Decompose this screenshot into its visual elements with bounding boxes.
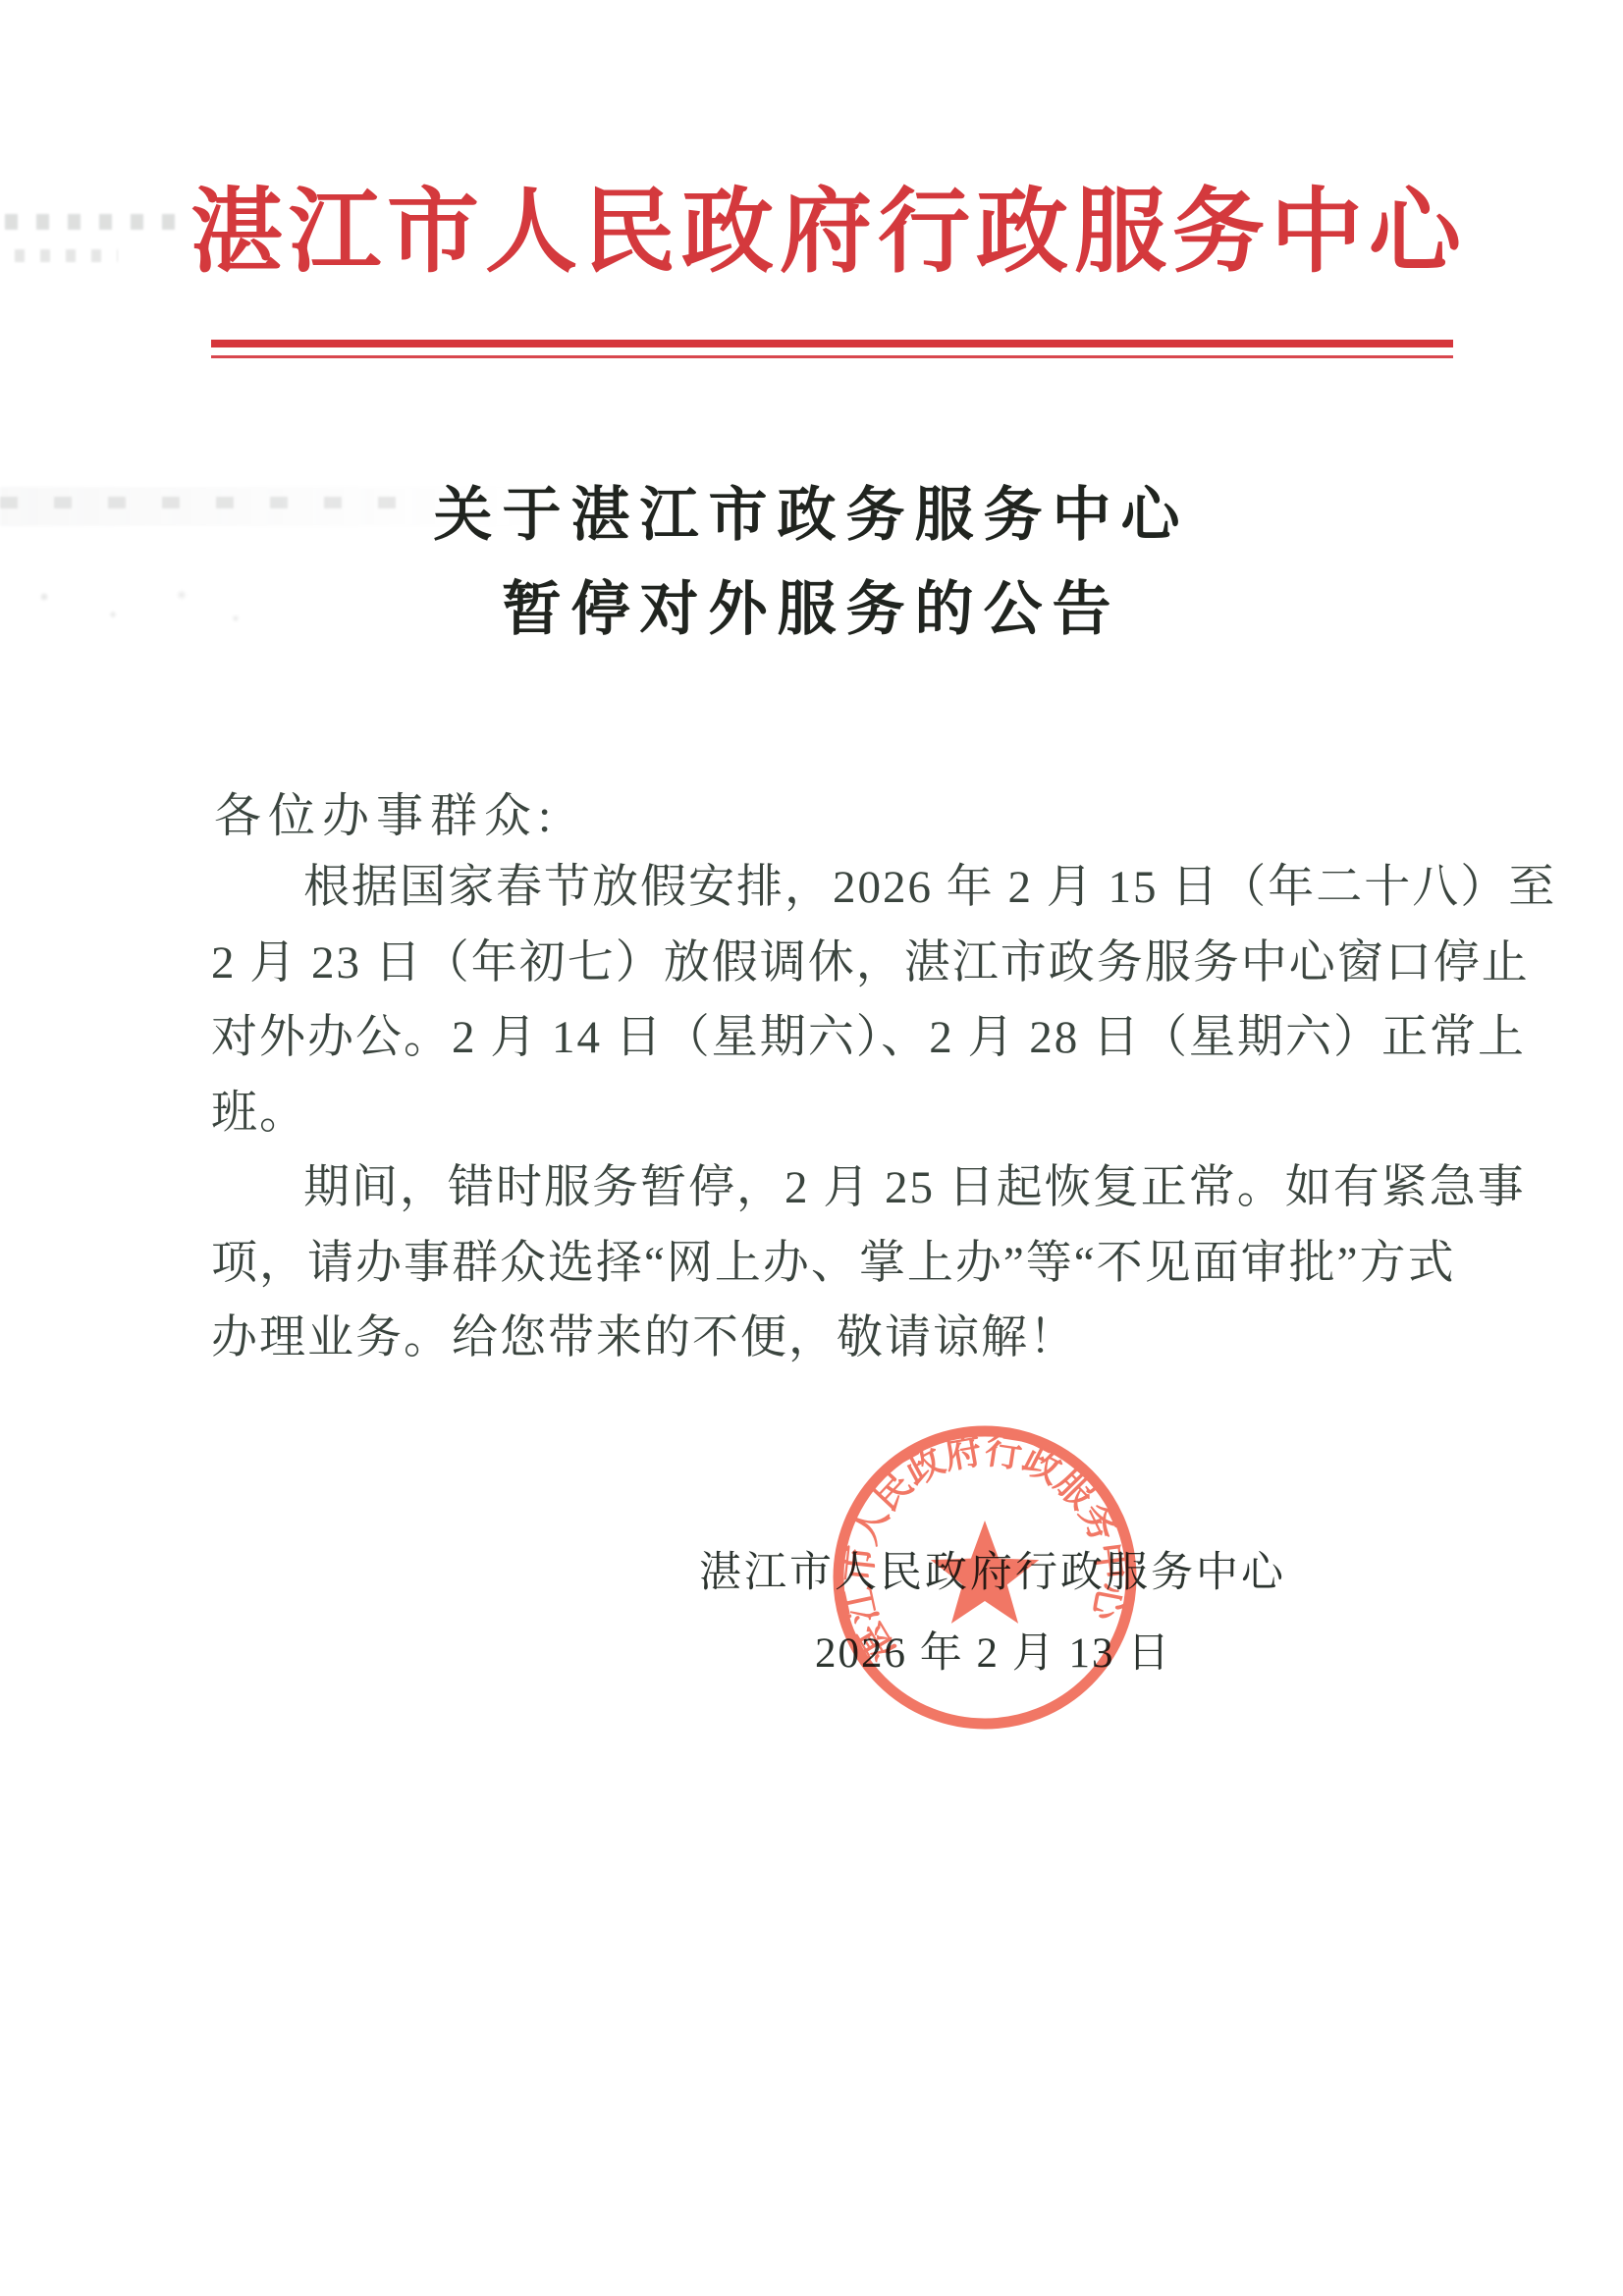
official-seal: 湛江市人民政府行政服务中心	[827, 1419, 1143, 1735]
letterhead-rule-thick	[211, 340, 1453, 347]
scanned-official-notice: 湛江市人民政府行政服务中心 关于湛江市政务服务中心 暂停对外服务的公告 各位办事…	[0, 0, 1623, 2296]
document-title-line1: 关于湛江市政务服务中心	[190, 468, 1433, 562]
body-line: 根据国家春节放假安排，2026 年 2 月 15 日（年二十八）至	[211, 850, 1438, 926]
body-line: 对外办公。2 月 14 日（星期六）、2 月 28 日（星期六）正常上	[211, 1000, 1438, 1076]
document-title-line2: 暂停对外服务的公告	[190, 562, 1433, 657]
body-line: 期间，错时服务暂停，2 月 25 日起恢复正常。如有紧急事	[211, 1150, 1438, 1226]
letterhead-rule-thin	[211, 355, 1453, 358]
body-line: 办理业务。给您带来的不便，敬请谅解！	[211, 1301, 1438, 1376]
scan-smudge	[15, 249, 118, 262]
body-line: 班。	[211, 1076, 1438, 1151]
body-line: 2 月 23 日（年初七）放假调休，湛江市政务服务中心窗口停止	[211, 926, 1438, 1001]
scan-smudge	[5, 214, 187, 230]
body-line: 项，请办事群众选择“网上办、掌上办”等“不见面审批”方式	[211, 1226, 1438, 1302]
body-text: 根据国家春节放假安排，2026 年 2 月 15 日（年二十八）至 2 月 23…	[211, 850, 1438, 1376]
salutation: 各位办事群众:	[214, 777, 558, 845]
seal-star-icon	[931, 1521, 1039, 1624]
document-title: 关于湛江市政务服务中心 暂停对外服务的公告	[190, 468, 1433, 657]
letterhead-org-name: 湛江市人民政府行政服务中心	[190, 183, 1433, 284]
